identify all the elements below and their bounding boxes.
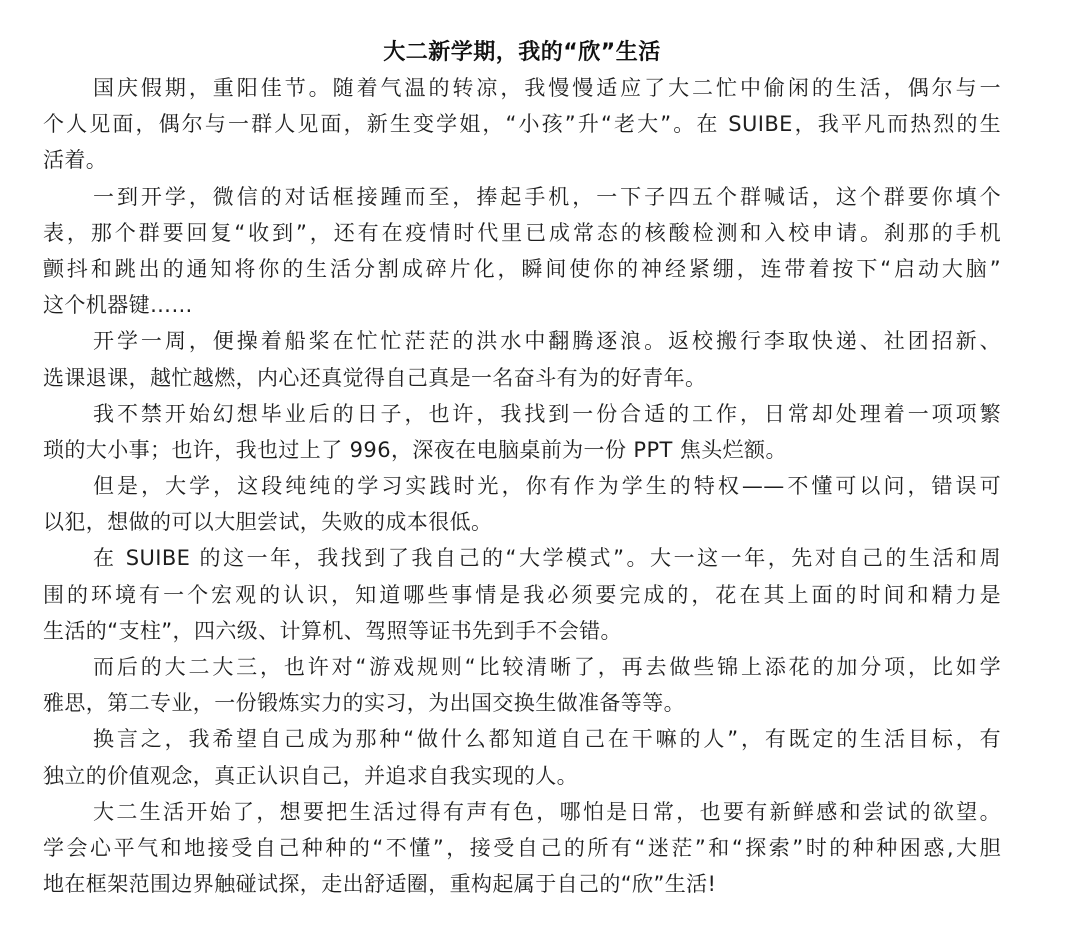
paragraph-3: 开学一周，便操着船桨在忙忙茫茫的洪水中翻腾逐浪。返校搬行李取快递、社团招新、 选… bbox=[43, 323, 1001, 395]
paragraph-1: 国庆假期，重阳佳节。随着气温的转凉，我慢慢适应了大二忙中偷闲的生活，偶尔与一 个… bbox=[43, 70, 1001, 179]
text-line: 颤抖和跳出的通知将你的生活分割成碎片化，瞬间使你的神经紧绷，连带着按下“启动大脑… bbox=[43, 251, 1001, 287]
text-line: 这个机器键…… bbox=[43, 287, 1001, 323]
paragraph-6: 在 SUIBE 的这一年，我找到了我自己的“大学模式”。大一这一年，先对自己的生… bbox=[43, 540, 1001, 649]
text-line: 围的环境有一个宏观的认识，知道哪些事情是我必须要完成的，花在其上面的时间和精力是 bbox=[43, 577, 1001, 613]
text-line: 但是，大学，这段纯纯的学习实践时光，你有作为学生的特权——不懂可以问，错误可 bbox=[43, 468, 1001, 504]
text-line: 独立的价值观念，真正认识自己，并追求自我实现的人。 bbox=[43, 758, 1001, 794]
text-line: 而后的大二大三，也许对“游戏规则“比较清晰了，再去做些锦上添花的加分项，比如学 bbox=[43, 649, 1001, 685]
text-line: 雅思，第二专业，一份锻炼实力的实习，为出国交换生做准备等等。 bbox=[43, 685, 1001, 721]
text-line: 在 SUIBE 的这一年，我找到了我自己的“大学模式”。大一这一年，先对自己的生… bbox=[43, 540, 1001, 576]
text-line: 地在框架范围边界触碰试探，走出舒适圈，重构起属于自己的“欣”生活! bbox=[43, 866, 1001, 902]
text-line: 以犯，想做的可以大胆尝试，失败的成本很低。 bbox=[43, 504, 1001, 540]
document-page: 大二新学期，我的“欣”生活 国庆假期，重阳佳节。随着气温的转凉，我慢慢适应了大二… bbox=[43, 36, 1001, 902]
text-line: 开学一周，便操着船桨在忙忙茫茫的洪水中翻腾逐浪。返校搬行李取快递、社团招新、 bbox=[43, 323, 1001, 359]
paragraph-2: 一到开学，微信的对话框接踵而至，捧起手机，一下子四五个群喊话，这个群要你填个 表… bbox=[43, 179, 1001, 324]
paragraph-9: 大二生活开始了，想要把生活过得有声有色，哪怕是日常，也要有新鲜感和尝试的欲望。 … bbox=[43, 794, 1001, 903]
text-line: 我不禁开始幻想毕业后的日子，也许，我找到一份合适的工作，日常却处理着一项项繁 bbox=[43, 396, 1001, 432]
text-line: 一到开学，微信的对话框接踵而至，捧起手机，一下子四五个群喊话，这个群要你填个 bbox=[43, 179, 1001, 215]
text-line: 学会心平气和地接受自己种种的“不懂”，接受自己的所有“迷茫”和“探索”时的种种困… bbox=[43, 830, 1001, 866]
paragraph-4: 我不禁开始幻想毕业后的日子，也许，我找到一份合适的工作，日常却处理着一项项繁 琐… bbox=[43, 396, 1001, 468]
text-line: 表，那个群要回复“收到”，还有在疫情时代里已成常态的核酸检测和入校申请。刹那的手… bbox=[43, 215, 1001, 251]
text-line: 个人见面，偶尔与一群人见面，新生变学姐，“小孩”升“老大”。在 SUIBE，我平… bbox=[43, 106, 1001, 142]
document-title: 大二新学期，我的“欣”生活 bbox=[43, 36, 1001, 70]
text-line: 生活的“支柱”，四六级、计算机、驾照等证书先到手不会错。 bbox=[43, 613, 1001, 649]
text-line: 大二生活开始了，想要把生活过得有声有色，哪怕是日常，也要有新鲜感和尝试的欲望。 bbox=[43, 794, 1001, 830]
paragraph-8: 换言之，我希望自己成为那种“做什么都知道自己在干嘛的人”，有既定的生活目标，有 … bbox=[43, 721, 1001, 793]
text-line: 国庆假期，重阳佳节。随着气温的转凉，我慢慢适应了大二忙中偷闲的生活，偶尔与一 bbox=[43, 70, 1001, 106]
text-line: 换言之，我希望自己成为那种“做什么都知道自己在干嘛的人”，有既定的生活目标，有 bbox=[43, 721, 1001, 757]
text-line: 琐的大小事；也许，我也过上了 996，深夜在电脑桌前为一份 PPT 焦头烂额。 bbox=[43, 432, 1001, 468]
paragraph-7: 而后的大二大三，也许对“游戏规则“比较清晰了，再去做些锦上添花的加分项，比如学 … bbox=[43, 649, 1001, 721]
text-line: 选课退课，越忙越燃，内心还真觉得自己真是一名奋斗有为的好青年。 bbox=[43, 360, 1001, 396]
paragraph-5: 但是，大学，这段纯纯的学习实践时光，你有作为学生的特权——不懂可以问，错误可 以… bbox=[43, 468, 1001, 540]
text-line: 活着。 bbox=[43, 142, 1001, 178]
